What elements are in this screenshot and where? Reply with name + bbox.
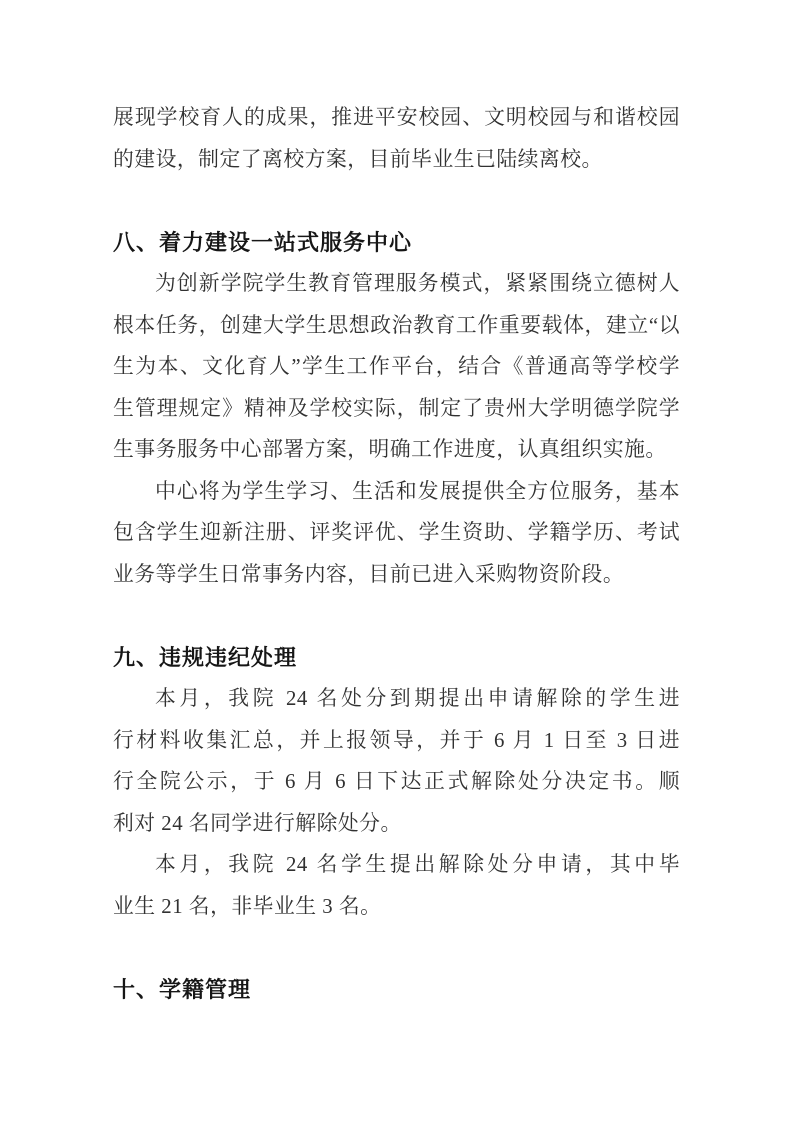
paragraph-line: 展现学校育人的成果，推进平安校园、文明校园与和谐校园 — [113, 97, 680, 139]
document-page: 展现学校育人的成果，推进平安校园、文明校园与和谐校园 的建设，制定了离校方案，目… — [0, 0, 793, 1122]
paragraph-line: 生管理规定》精神及学校实际，制定了贵州大学明德学院学 — [113, 388, 680, 430]
section-heading-10: 十、学籍管理 — [113, 969, 680, 1011]
paragraph-line: 本月，我院 24 名处分到期提出申请解除的学生进 — [113, 678, 680, 720]
paragraph-line: 本月，我院 24 名学生提出解除处分申请，其中毕 — [113, 844, 680, 886]
paragraph-line: 行材料收集汇总，并上报领导，并于 6 月 1 日至 3 日进 — [113, 720, 680, 762]
paragraph-line: 的建设，制定了离校方案，目前毕业生已陆续离校。 — [113, 139, 680, 181]
document-content: 展现学校育人的成果，推进平安校园、文明校园与和谐校园 的建设，制定了离校方案，目… — [113, 97, 680, 1010]
paragraph-line: 业务等学生日常事务内容，目前已进入采购物资阶段。 — [113, 554, 680, 596]
paragraph-line: 包含学生迎新注册、评奖评优、学生资助、学籍学历、考试 — [113, 512, 680, 554]
paragraph-line: 根本任务，创建大学生思想政治教育工作重要载体，建立“以 — [113, 305, 680, 347]
section-heading-9: 九、违规违纪处理 — [113, 637, 680, 679]
section-heading-8: 八、着力建设一站式服务中心 — [113, 222, 680, 264]
paragraph-line: 行全院公示，于 6 月 6 日下达正式解除处分决定书。顺 — [113, 761, 680, 803]
paragraph-line: 生事务服务中心部署方案，明确工作进度，认真组织实施。 — [113, 429, 680, 471]
paragraph-line: 生为本、文化育人”学生工作平台，结合《普通高等学校学 — [113, 346, 680, 388]
paragraph-line: 为创新学院学生教育管理服务模式，紧紧围绕立德树人 — [113, 263, 680, 305]
paragraph-line: 利对 24 名同学进行解除处分。 — [113, 803, 680, 845]
paragraph-line: 业生 21 名，非毕业生 3 名。 — [113, 886, 680, 928]
paragraph-line: 中心将为学生学习、生活和发展提供全方位服务，基本 — [113, 471, 680, 513]
